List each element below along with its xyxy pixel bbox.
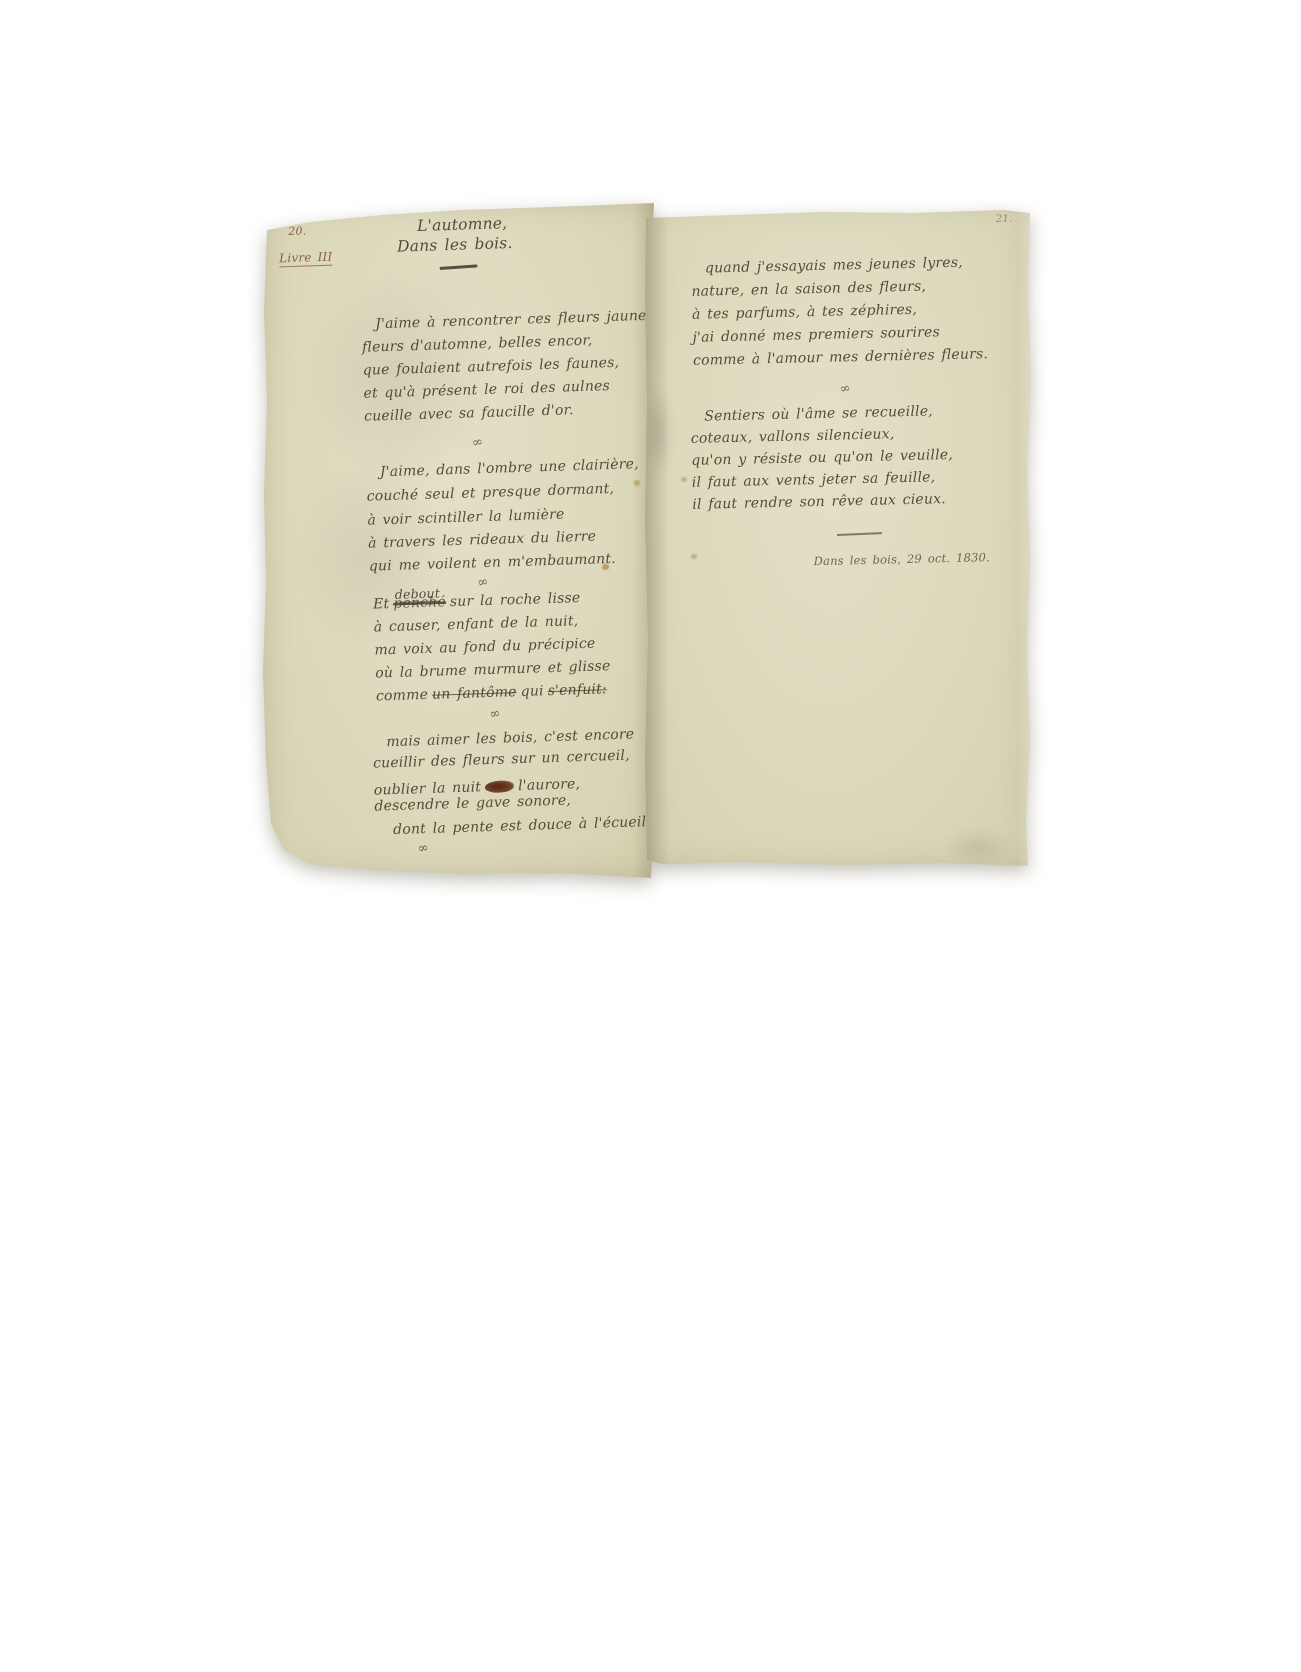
stanza-6: Sentiers où l'âme se recueille, coteaux,… (690, 406, 990, 413)
verse-line: descendre le gave sonore, (374, 800, 571, 806)
manuscript-page-right: 21. quand j'essayais mes jeunes lyres, n… (643, 200, 1031, 870)
ink-blot: dès (485, 780, 514, 793)
struck-words: un fantôme (432, 684, 517, 703)
stanza-5: quand j'essayais mes jeunes lyres, natur… (691, 258, 991, 265)
verse-line: J'aime à rencontrer ces fleurs jaunes, (375, 315, 658, 324)
verse-line: dont la pente est douce à l'écueil. (393, 822, 651, 830)
verse-line: quand j'essayais mes jeunes lyres, (705, 263, 963, 269)
stanza-separator-mark: ∞ (488, 706, 501, 723)
verse-line: que foulaient autrefois les faunes, (363, 363, 619, 371)
verse-line: j'ai donné mes premiers sourires (693, 332, 940, 338)
verse-line: couché seul et presque dormant, (367, 489, 614, 497)
verse-line: cueillir des fleurs sur un cercueil, (373, 756, 630, 764)
stanza-4: mais aimer les bois, c'est encore cueill… (372, 729, 672, 738)
verse-line-with-correction: Etpenchédeboutsur la roche lisse (373, 598, 584, 605)
verse-text: sur la roche lisse (450, 590, 581, 610)
verse-line-with-strikes: commeun fantômequis'enfuit: (376, 689, 611, 696)
manuscript-spread: 20. Livre III L'automne, Dans les bois. … (260, 200, 1032, 882)
verse-line: et qu'à présent le roi des aulnes (363, 386, 609, 394)
right-page-handwriting: 21. quand j'essayais mes jeunes lyres, n… (635, 191, 1038, 870)
verse-line: mais aimer les bois, c'est encore (386, 734, 634, 742)
book-label: Livre III (279, 250, 333, 268)
verse-line: il faut aux vents jeter sa feuille, (692, 477, 935, 483)
dateline: Dans les bois, 29 oct. 1830. (813, 550, 990, 568)
verse-text: Et (373, 596, 390, 613)
verse-line: il faut rendre son rêve aux cieux. (692, 499, 946, 505)
verse-line: Sentiers où l'âme se recueille, (704, 411, 933, 416)
verse-line: à voir scintiller la lumière (367, 514, 564, 520)
verse-line-with-inkblot: oublier la nuitdèsl'aurore, (374, 778, 584, 785)
verse-line: cueille avec sa faucille d'or. (364, 410, 573, 417)
verse-line: qu'on y résiste ou qu'on le veuille, (691, 455, 953, 461)
struck-words: s'enfuit: (547, 681, 607, 699)
verse-line: comme à l'amour mes dernières fleurs. (693, 354, 988, 361)
verse-text: comme (376, 687, 429, 705)
verse-line: ma voix au fond du précipice (375, 644, 596, 651)
stanza-separator-mark: ∞ (476, 574, 489, 591)
dateline-rule (837, 532, 882, 536)
stanza-separator-mark: ∞ (839, 381, 852, 398)
stanza-1: J'aime à rencontrer ces fleurs jaunes, f… (361, 311, 661, 320)
verse-line: à travers les rideaux du lierre (368, 537, 596, 544)
inserted-word-above-line: debout (395, 587, 441, 602)
title-dash (439, 264, 477, 270)
verse-line: fleurs d'automne, belles encor, (362, 341, 592, 348)
verse-line: qui me voilent en m'embaumant. (369, 559, 616, 567)
stanza-separator-mark: ∞ (471, 434, 484, 451)
verse-line: à causer, enfant de la nuit, (374, 621, 579, 627)
stanza-separator-mark: ∞ (417, 840, 430, 857)
verse-line: nature, en la saison des fleurs, (691, 287, 926, 292)
verse-line: où la brume murmure et glisse (375, 666, 610, 673)
verse-text: qui (520, 683, 544, 700)
verse-text: l'aurore, (518, 776, 581, 794)
foxing-speck (634, 480, 640, 486)
stanza-3: Etpenchédeboutsur la roche lisse à cause… (373, 589, 673, 598)
manuscript-page-left: 20. Livre III L'automne, Dans les bois. … (262, 202, 655, 878)
folio-number-left: 20. (288, 224, 306, 238)
verse-line: coteaux, vallons silencieux, (691, 434, 895, 439)
verse-line: à tes parfums, à tes zéphires, (692, 310, 917, 315)
verse-line: J'aime, dans l'ombre une clairière, (380, 464, 639, 472)
left-page-handwriting: 20. Livre III L'automne, Dans les bois. … (251, 190, 665, 878)
folio-number-right: 21. (996, 214, 1013, 225)
stanza-2: J'aime, dans l'ombre une clairière, couc… (366, 459, 666, 468)
